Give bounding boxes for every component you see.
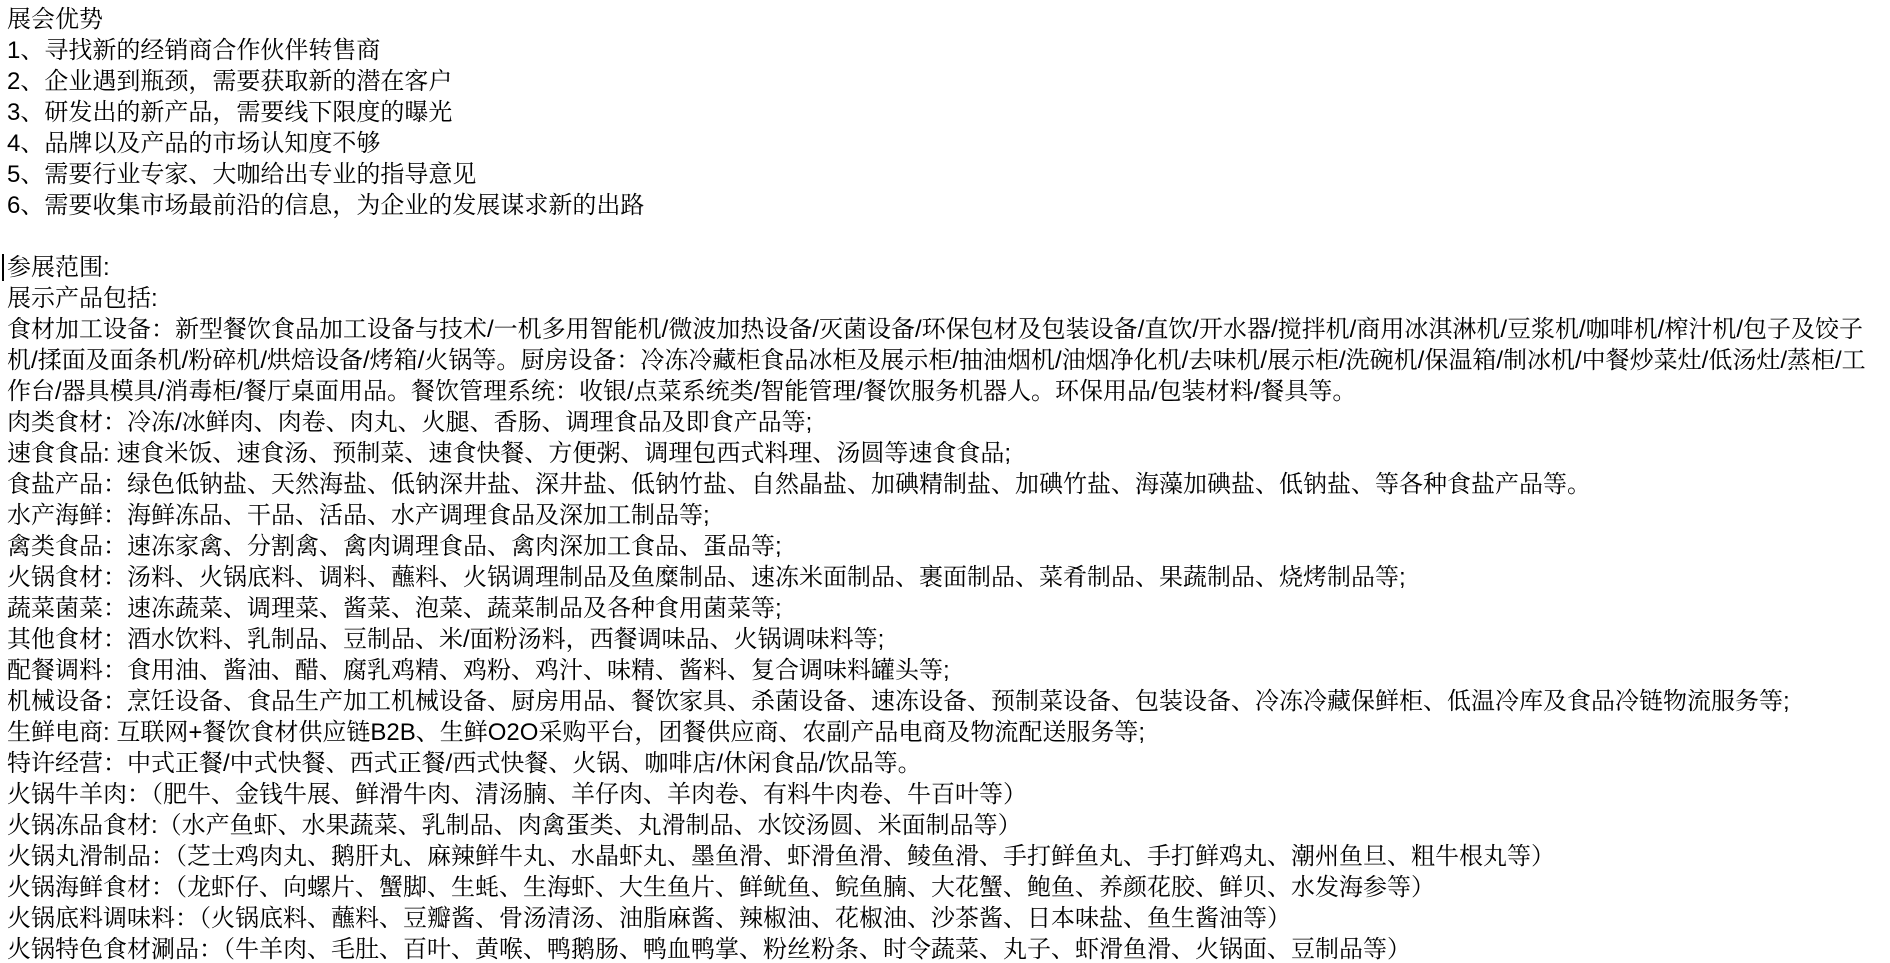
scope-item-hotpot-balls[interactable]: 火锅丸滑制品：（芝士鸡肉丸、鹅肝丸、麻辣鲜牛丸、水晶虾丸、墨鱼滑、虾滑鱼滑、鲮鱼… <box>7 841 1884 872</box>
document-editor[interactable]: 展会优势 1、寻找新的经销商合作伙伴转售商 2、企业遇到瓶颈，需要获取新的潜在客… <box>0 0 1890 963</box>
scope-item-vegetables[interactable]: 蔬菜菌菜：速冻蔬菜、调理菜、酱菜、泡菜、蔬菜制品及各种食用菌菜等; <box>7 593 1884 624</box>
scope-item-hotpot-specialty[interactable]: 火锅特色食材涮品：（牛羊肉、毛肚、百叶、黄喉、鸭鹅肠、鸭血鸭掌、粉丝粉条、时令蔬… <box>7 934 1884 963</box>
scope-subheading[interactable]: 展示产品包括: <box>7 283 1884 314</box>
scope-heading[interactable]: 参展范围: <box>7 252 1884 283</box>
scope-item-condiments[interactable]: 配餐调料：食用油、酱油、醋、腐乳鸡精、鸡粉、鸡汁、味精、酱料、复合调味料罐头等; <box>7 655 1884 686</box>
scope-item-machinery[interactable]: 机械设备：烹饪设备、食品生产加工机械设备、厨房用品、餐饮家具、杀菌设备、速冻设备… <box>7 686 1884 717</box>
advantage-item-1[interactable]: 1、寻找新的经销商合作伙伴转售商 <box>7 35 1884 66</box>
scope-item-fresh-ecommerce[interactable]: 生鲜电商: 互联网+餐饮食材供应链B2B、生鲜O2O采购平台，团餐供应商、农副产… <box>7 717 1884 748</box>
scope-item-hotpot-soup-base[interactable]: 火锅底料调味料：（火锅底料、蘸料、豆瓣酱、骨汤清汤、油脂麻酱、辣椒油、花椒油、沙… <box>7 903 1884 934</box>
scope-item-seafood[interactable]: 水产海鲜：海鲜冻品、干品、活品、水产调理食品及深加工制品等; <box>7 500 1884 531</box>
advantages-title[interactable]: 展会优势 <box>7 4 1884 35</box>
scope-item-hotpot-frozen[interactable]: 火锅冻品食材:（水产鱼虾、水果蔬菜、乳制品、肉禽蛋类、丸滑制品、水饺汤圆、米面制… <box>7 810 1884 841</box>
scope-item-instant-food[interactable]: 速食食品: 速食米饭、速食汤、预制菜、速食快餐、方便粥、调理包西式料理、汤圆等速… <box>7 438 1884 469</box>
blank-line[interactable] <box>7 221 1884 252</box>
advantage-item-5[interactable]: 5、需要行业专家、大咖给出专业的指导意见 <box>7 159 1884 190</box>
scope-item-poultry[interactable]: 禽类食品：速冻家禽、分割禽、禽肉调理食品、禽肉深加工食品、蛋品等; <box>7 531 1884 562</box>
text-cursor <box>2 254 4 281</box>
scope-item-other-ingredients[interactable]: 其他食材：酒水饮料、乳制品、豆制品、米/面粉汤料，西餐调味品、火锅调味料等; <box>7 624 1884 655</box>
scope-item-meat[interactable]: 肉类食材：冷冻/冰鲜肉、肉卷、肉丸、火腿、香肠、调理食品及即食产品等; <box>7 407 1884 438</box>
scope-item-hotpot-beef-lamb[interactable]: 火锅牛羊肉：（肥牛、金钱牛展、鲜滑牛肉、清汤腩、羊仔肉、羊肉卷、有料牛肉卷、牛百… <box>7 779 1884 810</box>
scope-item-franchise[interactable]: 特许经营：中式正餐/中式快餐、西式正餐/西式快餐、火锅、咖啡店/休闲食品/饮品等… <box>7 748 1884 779</box>
scope-item-hotpot-seafood[interactable]: 火锅海鲜食材：（龙虾仔、向螺片、蟹脚、生蚝、生海虾、大生鱼片、鲜鱿鱼、鲩鱼腩、大… <box>7 872 1884 903</box>
advantage-item-2[interactable]: 2、企业遇到瓶颈，需要获取新的潜在客户 <box>7 66 1884 97</box>
advantage-item-6[interactable]: 6、需要收集市场最前沿的信息，为企业的发展谋求新的出路 <box>7 190 1884 221</box>
scope-equipment-paragraph[interactable]: 食材加工设备：新型餐饮食品加工设备与技术/一机多用智能机/微波加热设备/灭菌设备… <box>7 314 1884 407</box>
scope-item-salt[interactable]: 食盐产品：绿色低钠盐、天然海盐、低钠深井盐、深井盐、低钠竹盐、自然晶盐、加碘精制… <box>7 469 1884 500</box>
advantage-item-3[interactable]: 3、研发出的新产品，需要线下限度的曝光 <box>7 97 1884 128</box>
scope-heading-text: 参展范围: <box>7 254 110 281</box>
advantage-item-4[interactable]: 4、品牌以及产品的市场认知度不够 <box>7 128 1884 159</box>
scope-item-hotpot-ingredients[interactable]: 火锅食材：汤料、火锅底料、调料、蘸料、火锅调理制品及鱼糜制品、速冻米面制品、裹面… <box>7 562 1884 593</box>
